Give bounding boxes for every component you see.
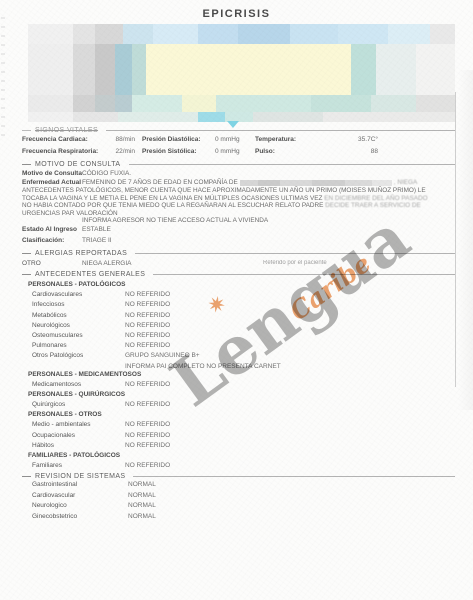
redaction-cell <box>73 112 118 122</box>
paragraph-line: NO HABIA CONTADO POR QUE TENIA MIEDO QUE… <box>22 202 455 210</box>
antecedente-row: MedicamentososNO REFERIDO <box>22 381 455 391</box>
vital-label: Frecuencia Cardiaca: <box>22 136 88 143</box>
revision-value: NORMAL <box>128 481 156 492</box>
enfermedad-text-post: , NIEGA <box>394 179 417 186</box>
paragraph-line: TOCABA LA VAGINA Y LE METIA EL PENE EN L… <box>22 195 455 203</box>
antecedentes-group-header: PERSONALES - QUIRÚRGICOS <box>22 391 455 401</box>
field-label: Enfermedad Actual <box>22 179 81 186</box>
redaction-cell <box>115 95 132 112</box>
antecedente-value: NO REFERIDO <box>125 301 170 311</box>
redaction-row <box>28 24 455 44</box>
revision-value: NORMAL <box>128 513 156 524</box>
revision-row: GastrointestinalNORMAL <box>22 481 455 492</box>
field-label: Motivo de Consulta <box>22 170 82 177</box>
revision-row: NeurologicoNORMAL <box>22 502 455 513</box>
redaction-cell <box>311 95 371 112</box>
enfermedad-first-line: FEMENINO DE 7 AÑOS DE EDAD EN COMPAÑÍA D… <box>82 179 417 186</box>
section-header-alergias: ALERGIAS REPORTADAS <box>22 249 455 257</box>
informa-line: INFORMA AGRESOR NO TIENE ACCESO ACTUAL A… <box>82 217 268 224</box>
scan-smudge <box>1 16 5 136</box>
antecedente-row: Otros PatológicosGRUPO SANGUINEO B+ <box>22 352 455 362</box>
antecedente-row: QuirúrgicosNO REFERIDO <box>22 401 455 411</box>
redaction-cell <box>416 95 455 112</box>
scanned-document-page: EPICRISIS SIGNOS VITALES Frecuencia Card… <box>0 0 473 600</box>
redaction-cell <box>371 95 416 112</box>
antecedente-row: CardiovascularesNO REFERIDO <box>22 291 455 301</box>
enfermedad-paragraph: ANTECEDENTES PATOLÓGICOS, MENOR CUENTA Q… <box>22 187 455 217</box>
antecedente-label: Cardiovasculares <box>32 291 125 301</box>
section-rule <box>133 476 455 477</box>
redaction-cell <box>198 112 225 122</box>
estado-ingreso-row: Estado Al Ingreso ESTABLE <box>0 226 473 234</box>
antecedente-row: InfecciososNO REFERIDO <box>22 301 455 311</box>
redaction-cell <box>338 24 388 44</box>
antecedente-row: MetabólicosNO REFERIDO <box>22 312 455 322</box>
redaction-cell <box>115 44 132 95</box>
vital-value: 88 <box>322 148 378 155</box>
redaction-row <box>28 112 455 122</box>
section-header-signos-vitales: SIGNOS VITALES <box>22 126 455 134</box>
antecedente-value: NO REFERIDO <box>125 432 170 442</box>
section-dash <box>22 476 31 477</box>
redaction-cell <box>28 24 73 44</box>
clasificacion-row: Clasificación: TRIAGE II <box>0 237 473 245</box>
redaction-cell <box>351 44 376 95</box>
antecedente-row: OcupacionalesNO REFERIDO <box>22 432 455 442</box>
paragraph-text: TOCABA LA VAGINA Y LE METIA EL PENE EN L… <box>22 195 324 202</box>
antecedente-row: HábitosNO REFERIDO <box>22 442 455 452</box>
section-rule <box>153 274 455 275</box>
vital-value: 88/min <box>95 136 135 143</box>
redaction-cell <box>376 44 416 95</box>
antecedente-label: Neurológicos <box>32 322 125 332</box>
redaction-cell <box>73 44 95 95</box>
antecedente-row: OsteomuscularesNO REFERIDO <box>22 332 455 342</box>
antecedentes-group-header: PERSONALES - OTROS <box>22 411 455 421</box>
vital-value: 35.7C° <box>322 136 378 143</box>
redaction-mosaic <box>28 24 455 122</box>
paragraph-text: NO HABIA CONTADO POR QUE TENIA MIEDO QUE… <box>22 202 325 209</box>
antecedente-label: Ocupacionales <box>32 432 125 442</box>
redaction-cell <box>153 24 198 44</box>
antecedentes-group-header: PERSONALES - MEDICAMENTOSOS <box>22 371 455 381</box>
alergia-tipo: OTRO <box>22 260 41 267</box>
vitals-row-1: Frecuencia Cardiaca: 88/min Presión Dias… <box>0 136 473 144</box>
antecedente-row-extra: INFORMA PAI COMPLETO NO PRESENTA CARNET <box>22 363 455 371</box>
section-title: REVISION DE SISTEMAS <box>35 473 125 480</box>
vital-label: Presión Diastólica: <box>142 136 201 143</box>
antecedente-value: NO REFERIDO <box>125 442 170 452</box>
vital-label: Pulso: <box>255 148 275 155</box>
vital-value: 0 mmHg <box>215 148 240 155</box>
field-value: ESTABLE <box>82 226 111 233</box>
revision-label: Gastrointestinal <box>32 481 128 492</box>
redaction-row <box>28 95 455 112</box>
antecedente-row: Medio - ambientalesNO REFERIDO <box>22 421 455 431</box>
section-title: MOTIVO DE CONSULTA <box>35 161 121 168</box>
antecedente-label: Medicamentosos <box>32 381 125 391</box>
redaction-cell <box>146 44 351 95</box>
section-rule <box>129 164 455 165</box>
antecedente-value: NO REFERIDO <box>125 291 170 301</box>
antecedente-value: NO REFERIDO <box>125 312 170 322</box>
paragraph-line: ANTECEDENTES PATOLÓGICOS, MENOR CUENTA Q… <box>22 187 455 195</box>
revision-label: Ginecobstetrico <box>32 513 128 524</box>
section-header-motivo: MOTIVO DE CONSULTA <box>22 160 455 168</box>
antecedente-label: Infecciosos <box>32 301 125 311</box>
redaction-cell <box>95 24 123 44</box>
antecedente-value: INFORMA PAI COMPLETO NO PRESENTA CARNET <box>125 363 281 371</box>
vital-label: Temperatura: <box>255 136 296 143</box>
antecedente-row: PulmonaresNO REFERIDO <box>22 342 455 352</box>
field-value: CÓDIGO FUXIA. <box>82 170 131 177</box>
field-label: Clasificación: <box>22 237 64 244</box>
antecedente-value: NO REFERIDO <box>125 381 170 391</box>
enfermedad-actual-row: Enfermedad Actual FEMENINO DE 7 AÑOS DE … <box>0 179 473 187</box>
redaction-cell <box>132 44 146 95</box>
antecedente-label: Medio - ambientales <box>32 421 125 431</box>
antecedentes-group-header: FAMILIARES - PATOLÓGICOS <box>22 452 455 462</box>
paragraph-text: URGENCIAS PAR VALORACIÓN <box>22 210 118 217</box>
revision-label: Neurologico <box>32 502 128 513</box>
antecedente-label: Hábitos <box>32 442 125 452</box>
section-dash <box>22 253 31 254</box>
blurred-text: EN DICIEMBRE DEL AÑO PASADO <box>324 195 427 202</box>
antecedente-label: Pulmonares <box>32 342 125 352</box>
antecedente-value: NO REFERIDO <box>125 462 170 472</box>
antecedentes-group-header: PERSONALES - PATOLÓGICOS <box>22 281 455 291</box>
revision-value: NORMAL <box>128 502 156 513</box>
enfermedad-text-pre: FEMENINO DE 7 AÑOS DE EDAD EN COMPAÑÍA D… <box>82 179 238 186</box>
revision-value: NORMAL <box>128 492 156 503</box>
antecedente-label: Quirúrgicos <box>32 401 125 411</box>
redaction-cell <box>28 44 73 95</box>
antecedente-label: Familiares <box>32 462 125 472</box>
antecedente-value: NO REFERIDO <box>125 401 170 411</box>
redaction-cell <box>430 24 455 44</box>
blurred-text: DECIDE TRAER A SERVICIO DE <box>325 202 421 209</box>
redaction-cell <box>388 24 430 44</box>
redaction-cell <box>118 112 198 122</box>
redaction-cell <box>323 112 455 122</box>
antecedente-label: Metabólicos <box>32 312 125 322</box>
redaction-cell <box>95 95 115 112</box>
revision-label: Cardiovascular <box>32 492 128 503</box>
redaction-cell <box>28 112 73 122</box>
vitals-row-2: Frecuencia Respiratoria: 22/min Presión … <box>0 148 473 156</box>
alergia-nota: Referido por el paciente <box>263 260 327 266</box>
redaction-cell <box>182 95 216 112</box>
redacted-name-bar <box>240 180 392 186</box>
antecedente-label: Otros Patológicos <box>32 352 125 362</box>
revision-row: GinecobstetricoNORMAL <box>22 513 455 524</box>
paper-edge-shade <box>458 70 473 410</box>
section-dash <box>22 274 31 275</box>
field-value: TRIAGE II <box>82 237 112 244</box>
redaction-cell <box>290 24 338 44</box>
vital-label: Presión Sistólica: <box>142 148 197 155</box>
field-label: Estado Al Ingreso <box>22 226 77 233</box>
redaction-cell <box>198 24 238 44</box>
section-header-antecedentes: ANTECEDENTES GENERALES <box>22 270 455 278</box>
antecedente-row: NeurológicosNO REFERIDO <box>22 322 455 332</box>
paragraph-line: URGENCIAS PAR VALORACIÓN <box>22 210 455 218</box>
document-title: EPICRISIS <box>0 8 473 20</box>
redaction-cell <box>73 24 95 44</box>
paper-edge-line <box>455 92 456 387</box>
paragraph-text: ANTECEDENTES PATOLÓGICOS, MENOR CUENTA Q… <box>22 187 426 194</box>
section-dash <box>22 130 31 131</box>
vital-value: 22/min <box>95 148 135 155</box>
redaction-cell <box>123 24 153 44</box>
redaction-cell <box>28 95 73 112</box>
antecedente-value: GRUPO SANGUINEO B+ <box>125 352 200 362</box>
antecedente-row: FamiliaresNO REFERIDO <box>22 462 455 472</box>
antecedente-label: Osteomusculares <box>32 332 125 342</box>
section-title: ANTECEDENTES GENERALES <box>35 271 145 278</box>
antecedente-value: NO REFERIDO <box>125 322 170 332</box>
antecedente-value: NO REFERIDO <box>125 332 170 342</box>
section-dash <box>22 164 31 165</box>
redaction-cell <box>132 95 182 112</box>
antecedentes-list: PERSONALES - PATOLÓGICOSCardiovasculares… <box>22 281 455 472</box>
revision-row: CardiovascularNORMAL <box>22 492 455 503</box>
revision-list: GastrointestinalNORMALCardiovascularNORM… <box>22 481 455 523</box>
alergias-row: OTRO NIEGA ALERGIA Referido por el pacie… <box>0 260 473 268</box>
redaction-cell <box>216 95 311 112</box>
antecedente-value: NO REFERIDO <box>125 342 170 352</box>
section-header-revision: REVISION DE SISTEMAS <box>22 472 455 480</box>
vital-label: Frecuencia Respiratoria: <box>22 148 98 155</box>
redaction-cell <box>238 24 290 44</box>
redaction-cell <box>95 44 115 95</box>
redaction-cell <box>416 44 455 95</box>
section-rule <box>135 253 455 254</box>
antecedente-label <box>32 363 125 371</box>
redaction-cell <box>253 112 323 122</box>
redaction-cell <box>73 95 95 112</box>
antecedente-value: NO REFERIDO <box>125 421 170 431</box>
section-title: ALERGIAS REPORTADAS <box>35 250 127 257</box>
alergia-valor: NIEGA ALERGIA <box>82 260 132 267</box>
section-rule <box>106 130 455 131</box>
motivo-consulta-row: Motivo de Consulta CÓDIGO FUXIA. <box>0 170 473 178</box>
redaction-row <box>28 44 455 95</box>
section-title: SIGNOS VITALES <box>35 127 98 134</box>
vital-value: 0 mmHg <box>215 136 240 143</box>
